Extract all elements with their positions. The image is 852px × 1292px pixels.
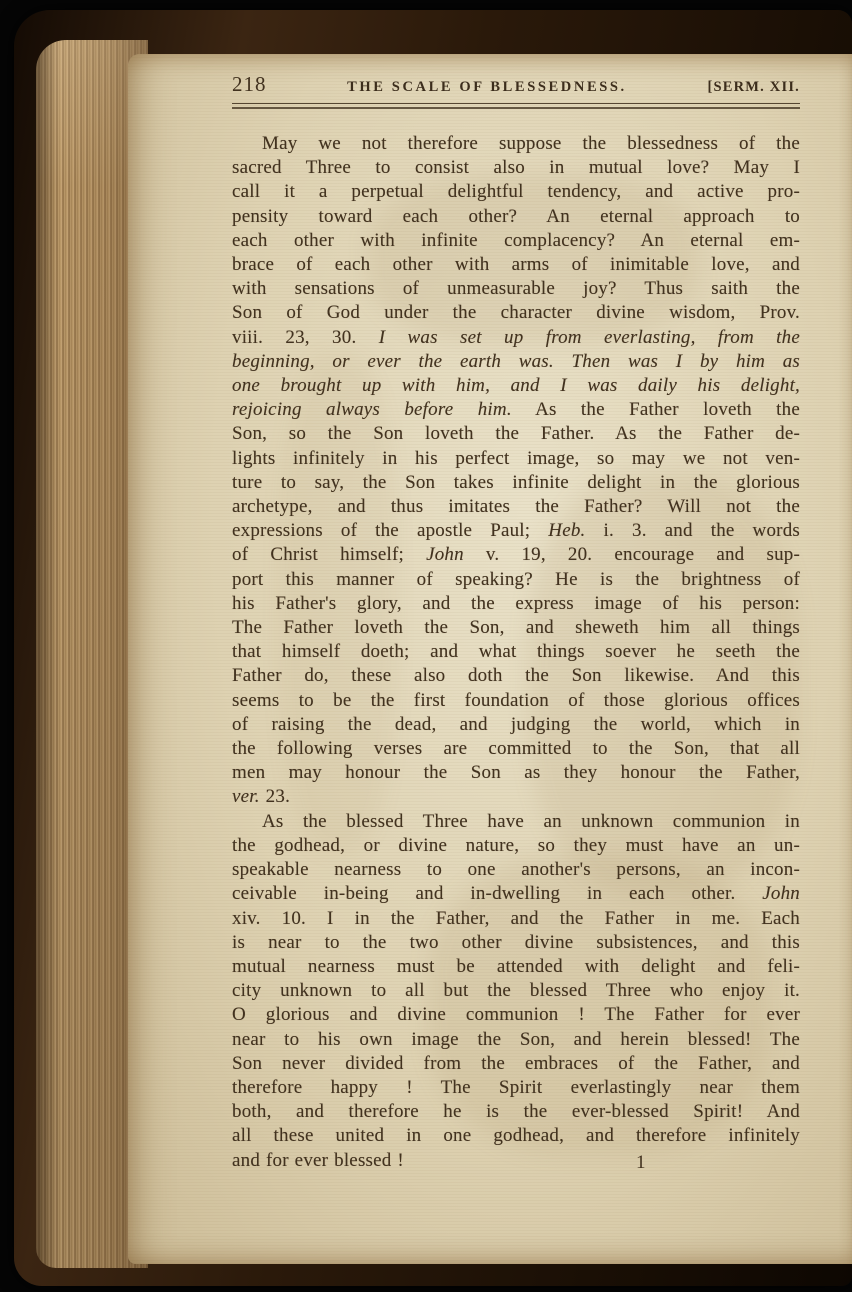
text-line: men may honour the Son as they honour th… [232,761,800,785]
book-page: 218 THE SCALE OF BLESSEDNESS. [SERM. XII… [128,54,852,1264]
text-line: his Father's glory, and the express imag… [232,592,800,616]
text-line: xiv. 10. I in the Father, and the Father… [232,907,800,931]
text-line: viii. 23, 30. I was set up from everlast… [232,326,800,350]
text-line: of raising the dead, and judging the wor… [232,713,800,737]
text-line: sacred Three to consist also in mutual l… [232,156,800,180]
text-line: therefore happy ! The Spirit everlasting… [232,1076,800,1100]
running-header: 218 THE SCALE OF BLESSEDNESS. [SERM. XII… [232,72,800,98]
signature-mark: 1 [636,1152,646,1174]
text-line: lights infinitely in his perfect image, … [232,447,800,471]
text-line: O glorious and divine communion ! The Fa… [232,1003,800,1027]
text-line: Son, so the Son loveth the Father. As th… [232,422,800,446]
text-line: the following verses are committed to th… [232,737,800,761]
text-line: The Father loveth the Son, and sheweth h… [232,616,800,640]
running-title: THE SCALE OF BLESSEDNESS. [267,79,708,96]
text-line: expressions of the apostle Paul; Heb. i.… [232,519,800,543]
text-line: pensity toward each other? An eternal ap… [232,205,800,229]
text-line: of Christ himself; John v. 19, 20. encou… [232,543,800,567]
text-line: May we not therefore suppose the blessed… [232,132,800,156]
text-line: is near to the two other divine subsiste… [232,931,800,955]
text-line: each other with infinite complacency? An… [232,229,800,253]
text-line: beginning, or ever the earth was. Then w… [232,350,800,374]
page-content: 218 THE SCALE OF BLESSEDNESS. [SERM. XII… [232,72,800,1173]
text-line: ture to say, the Son takes infinite deli… [232,471,800,495]
text-line: speakable nearness to one another's pers… [232,858,800,882]
text-line: that himself doeth; and what things soev… [232,640,800,664]
text-line: rejoicing always before him. As the Fath… [232,398,800,422]
text-line: call it a perpetual delightful tendency,… [232,180,800,204]
text-line: Son never divided from the embraces of t… [232,1052,800,1076]
text-line: ceivable in-being and in-dwelling in eac… [232,882,800,906]
text-line: Son of God under the character divine wi… [232,301,800,325]
text-line: city unknown to all but the blessed Thre… [232,979,800,1003]
text-line: port this manner of speaking? He is the … [232,568,800,592]
text-line: brace of each other with arms of inimita… [232,253,800,277]
body-text: May we not therefore suppose the blessed… [232,132,800,1173]
text-line: Father do, these also doth the Son likew… [232,664,800,688]
text-line: As the blessed Three have an unknown com… [232,810,800,834]
text-line: ver. 23. [232,785,800,809]
section-label: [SERM. XII. [707,79,800,96]
text-line: archetype, and thus imitates the Father?… [232,495,800,519]
page-number: 218 [232,72,267,97]
text-line: the godhead, or divine nature, so they m… [232,834,800,858]
text-line: with sensations of unmeasurable joy? Thu… [232,277,800,301]
text-line: all these united in one godhead, and the… [232,1124,800,1148]
text-line: one brought up with him, and I was daily… [232,374,800,398]
text-line: mutual nearness must be attended with de… [232,955,800,979]
text-line: and for ever blessed ! [232,1149,800,1173]
text-line: near to his own image the Son, and herei… [232,1028,800,1052]
text-line: both, and therefore he is the ever-bless… [232,1100,800,1124]
text-line: seems to be the first foundation of thos… [232,689,800,713]
book-photo: 218 THE SCALE OF BLESSEDNESS. [SERM. XII… [0,0,852,1292]
header-double-rule [232,103,800,109]
